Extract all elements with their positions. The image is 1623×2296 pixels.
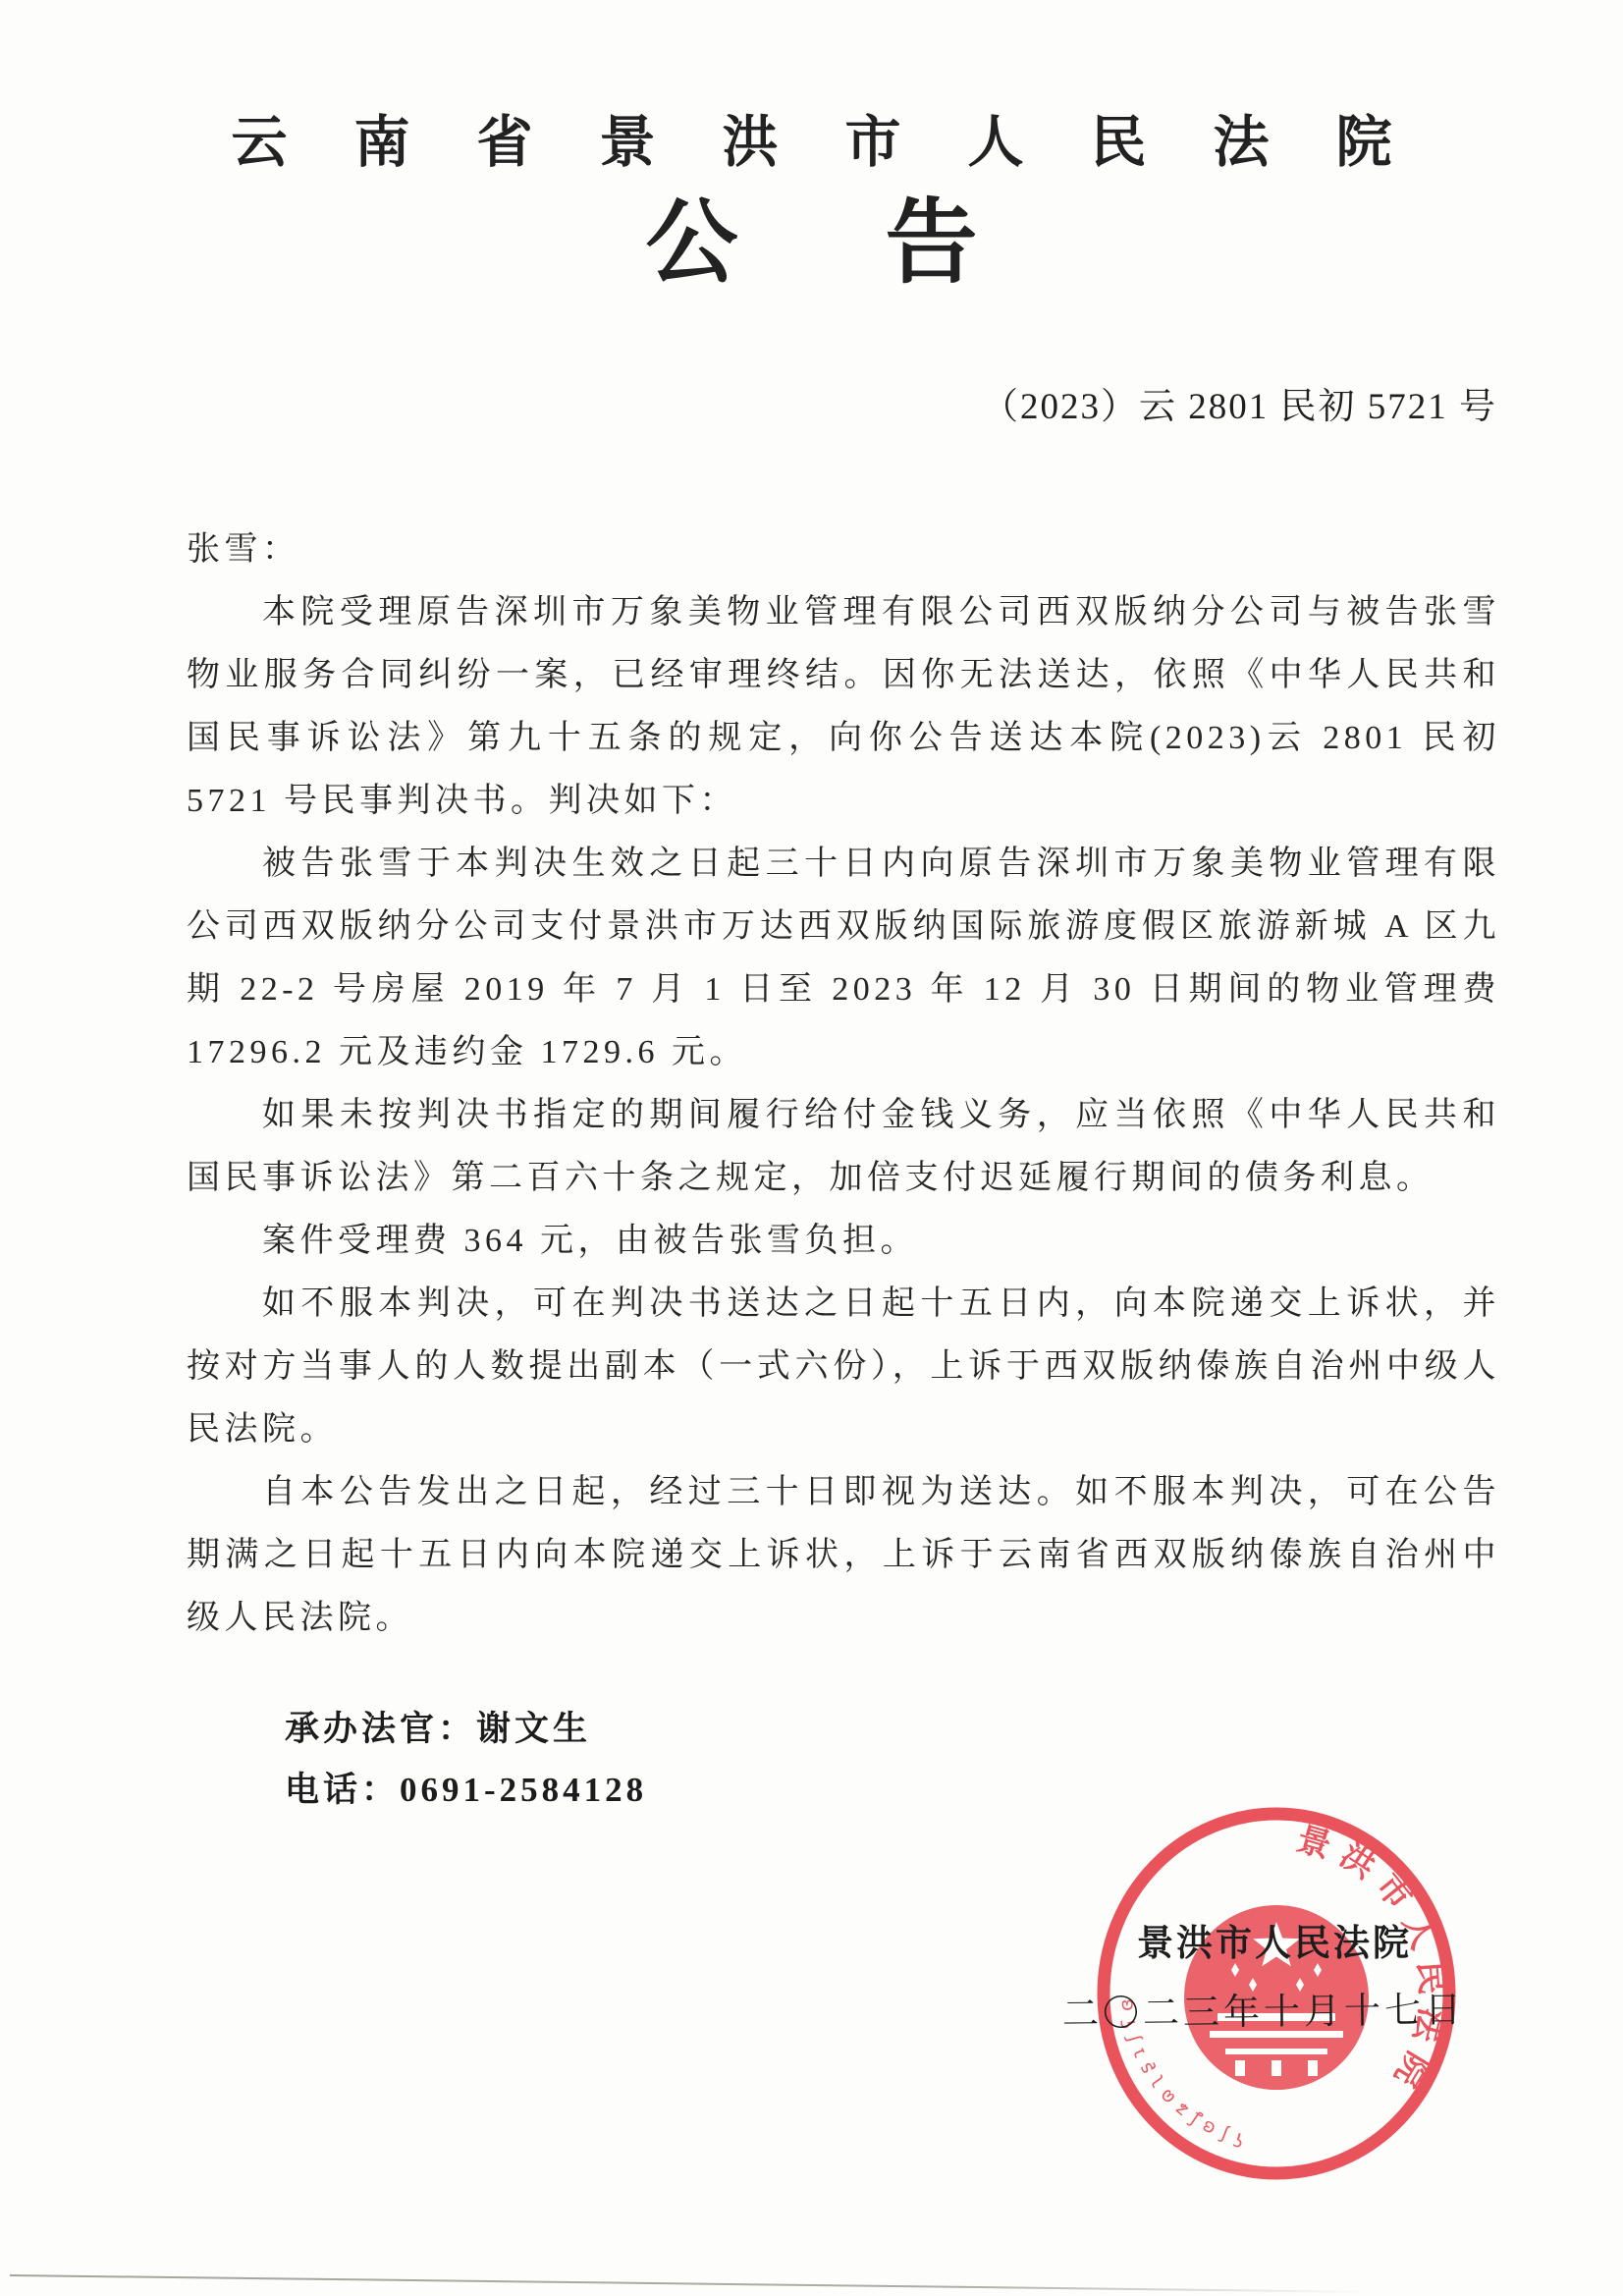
court-announcement-page: 云南省景洪市人民法院 公告 （2023）云 2801 民初 5721 号 张雪：… — [0, 0, 1623, 2296]
seal-date-text: 二〇二三年十月十七日 — [1062, 1980, 1466, 2037]
presiding-judge: 承办法官：谢文生 — [285, 1699, 1500, 1760]
document-type-heading: 公告 — [0, 189, 1623, 299]
paragraph-service-period: 自本公告发出之日起，经过三十日即视为送达。如不服本判决，可在公告期满之日起十五日… — [187, 1461, 1500, 1650]
case-number: （2023）云 2801 民初 5721 号 — [0, 385, 1623, 430]
paragraph-court-fee: 案件受理费 364 元，由被告张雪负担。 — [187, 1210, 1500, 1273]
paragraph-appeal: 如不服本判决，可在判决书送达之日起十五日内，向本院递交上诉状，并按对方当事人的人… — [187, 1273, 1500, 1461]
paragraph-acceptance: 本院受理原告深圳市万象美物业管理有限公司西双版纳分公司与被告张雪物业服务合同纠纷… — [187, 581, 1500, 833]
court-title: 云南省景洪市人民法院 — [0, 104, 1623, 183]
scan-artifact-line — [10, 2274, 1365, 2293]
announcement-body: 张雪： 本院受理原告深圳市万象美物业管理有限公司西双版纳分公司与被告张雪物业服务… — [187, 519, 1500, 1821]
paragraph-interest: 如果未按判决书指定的期间履行给付金钱义务，应当依照《中华人民共和国民事诉讼法》第… — [187, 1084, 1500, 1210]
paragraph-judgment: 被告张雪于本判决生效之日起三十日内向原告深圳市万象美物业管理有限公司西双版纳分公… — [187, 833, 1500, 1084]
seal-court-name-text: 景洪市人民法院 — [1137, 1913, 1412, 1966]
addressee: 张雪： — [187, 519, 1500, 581]
